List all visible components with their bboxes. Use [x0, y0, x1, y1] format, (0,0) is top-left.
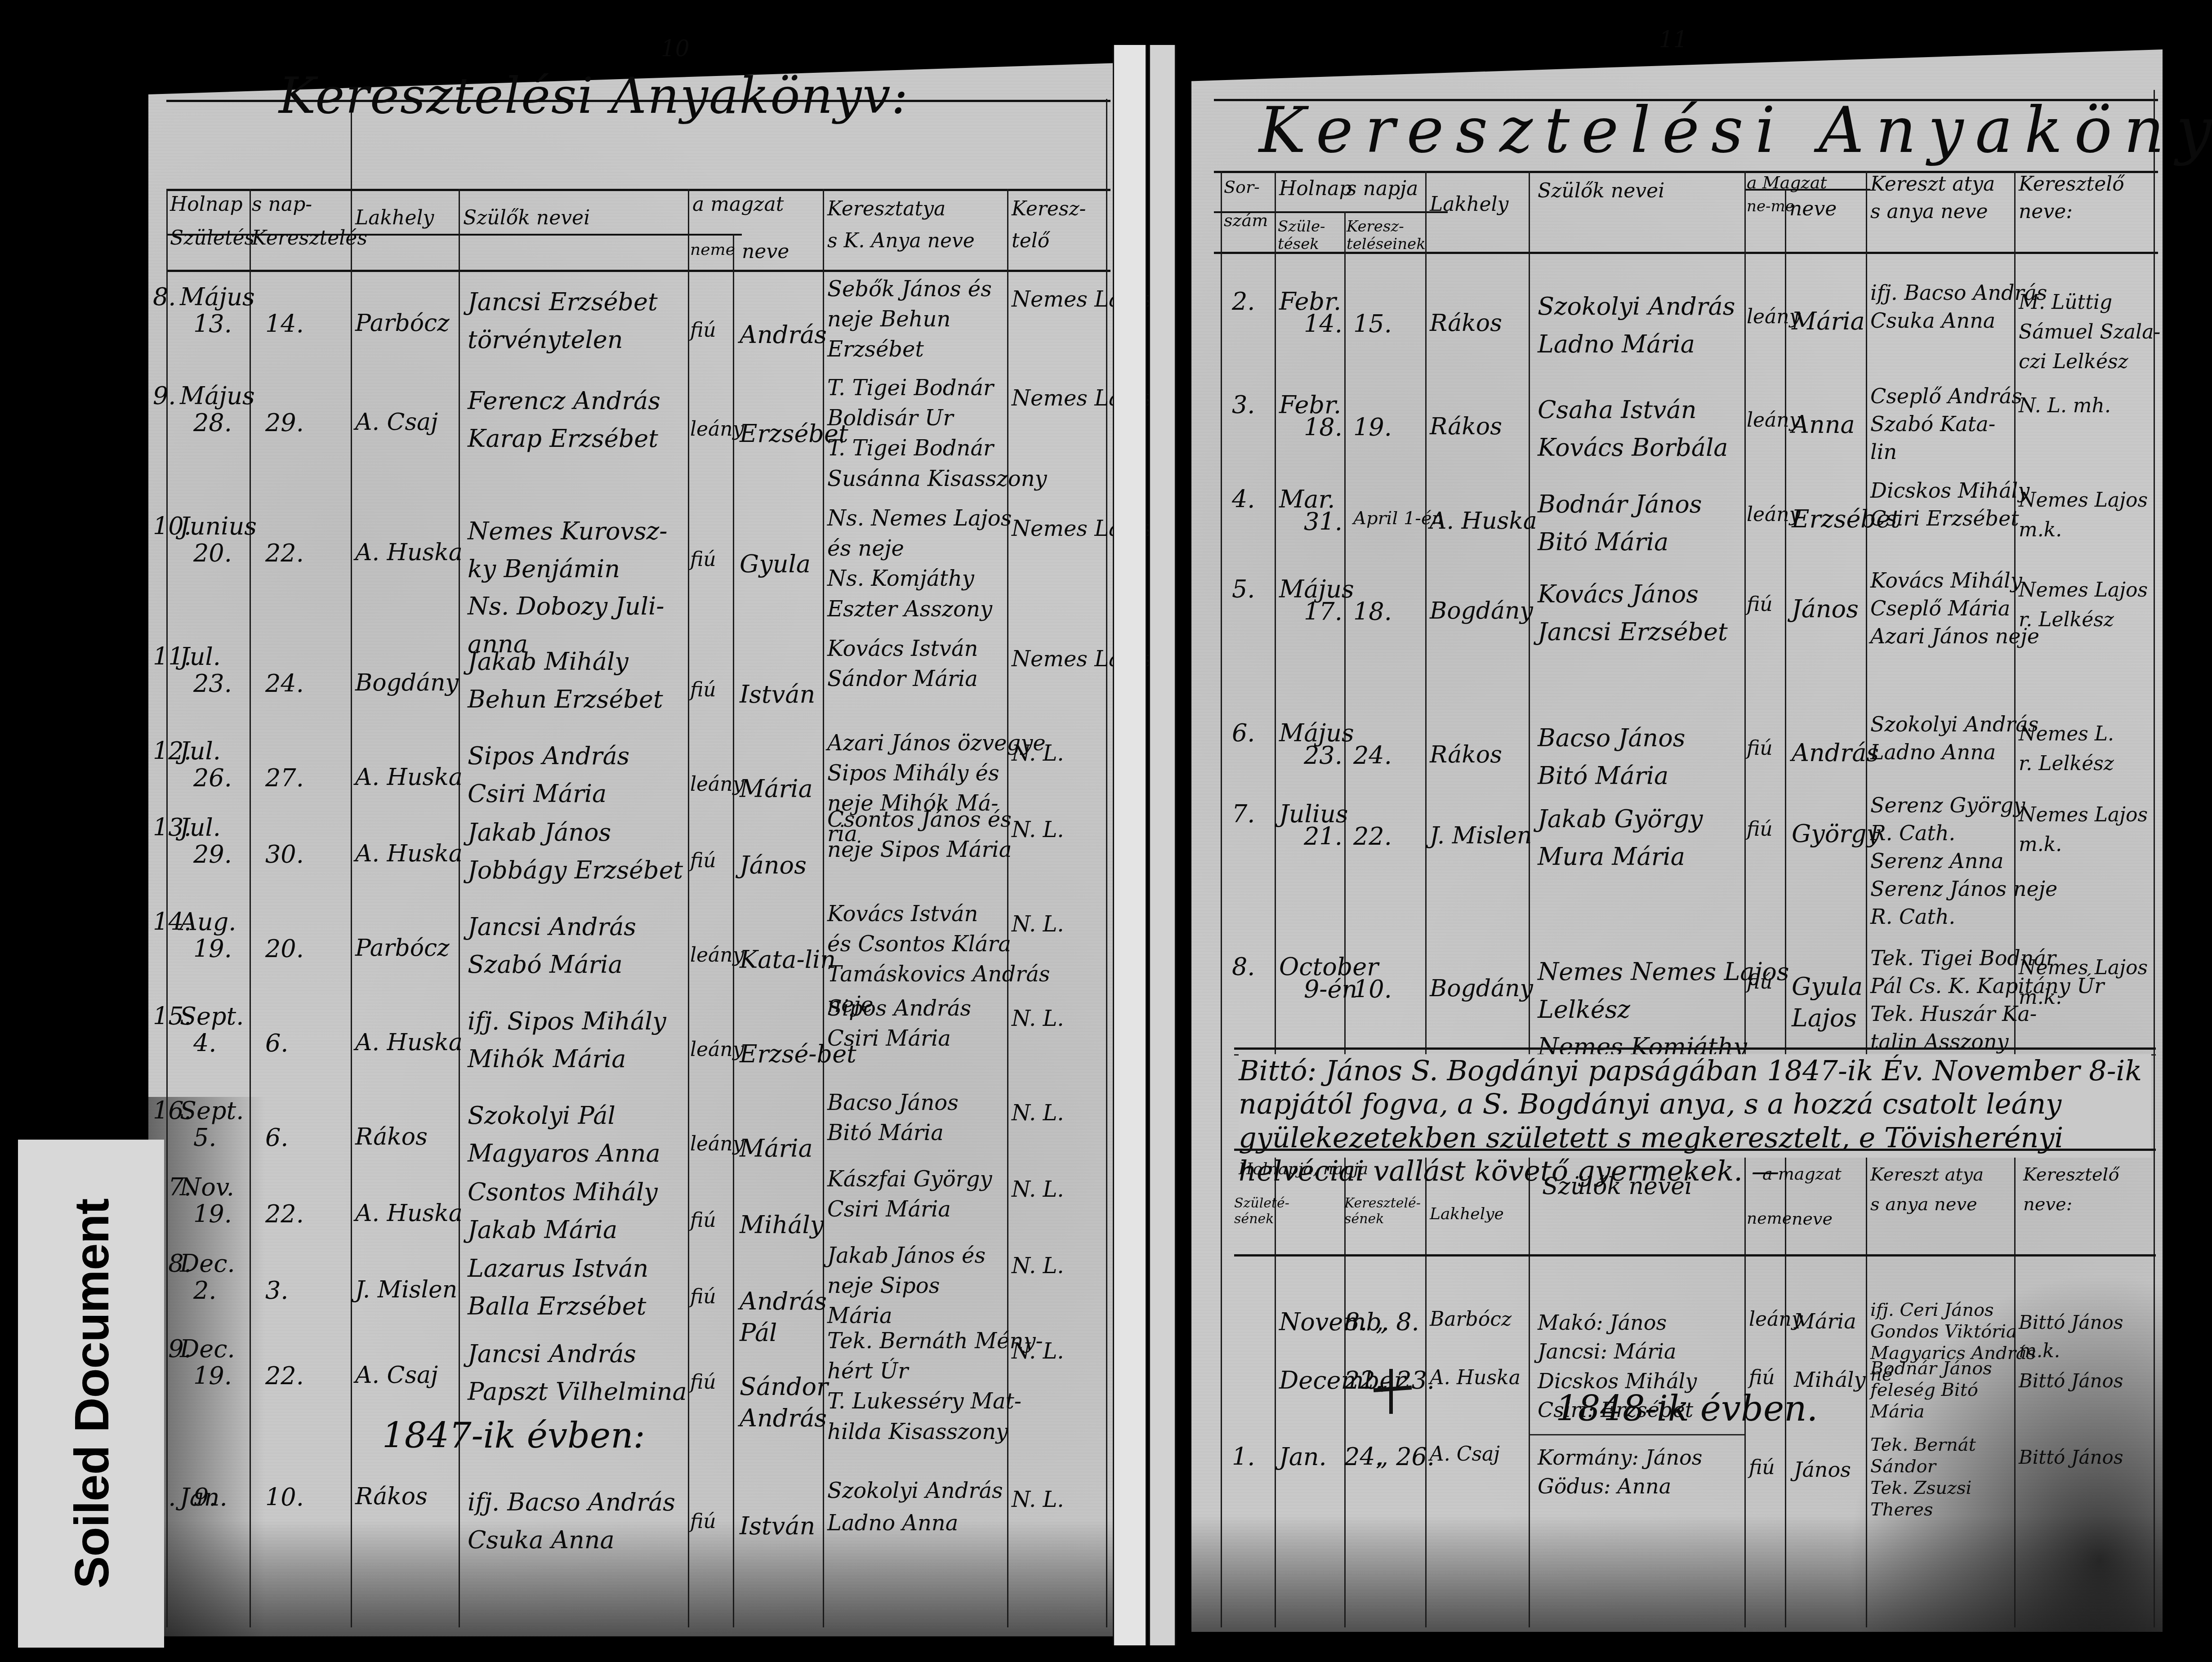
- entry-place: J. Mislen: [1430, 823, 1532, 850]
- entry-child-sex: leány: [690, 944, 744, 967]
- entry-place: A. Csaj: [1430, 1443, 1500, 1466]
- entry-godparents: Jakab János ésneje SiposMária: [827, 1241, 986, 1332]
- entry-month: Jul.: [180, 814, 221, 842]
- entry-number: 9.: [153, 382, 176, 410]
- entry-place: Rákos: [1430, 414, 1502, 441]
- header-officiant-2: Keresztelőneve:: [2023, 1164, 2119, 1215]
- entry-place: Parbócz: [355, 935, 450, 962]
- header-officiant: Keresz-telő: [1012, 198, 1086, 252]
- entry-baptism-day: 14.: [265, 310, 304, 338]
- entry-month: Dec.: [180, 1250, 235, 1278]
- entry-officiant: Nemes Lajosm.k.: [2019, 486, 2148, 545]
- header-place: Lakhely: [1430, 193, 1508, 216]
- entry-birth-day: 31.: [1304, 508, 1342, 536]
- entry-child-sex: fiú: [690, 548, 716, 571]
- entry-parents: Jakab JánosJobbágy Erzsébet: [468, 814, 683, 889]
- entry-baptism-day: 22.: [1353, 823, 1392, 851]
- column-rule: [351, 99, 352, 1627]
- header-date-baptism-2: Keresztelé-sének: [1344, 1196, 1421, 1227]
- entry-child-sex: leány: [690, 1038, 744, 1061]
- entry-child-sex: leány: [690, 773, 744, 796]
- entry-officiant: Nemes Lajosm.k.: [2019, 953, 2148, 1012]
- column-rule: [1866, 171, 1867, 1627]
- entry-child-name: István: [740, 679, 815, 710]
- entry-godparents: Dicskos MihályCsiri Erzsébet: [1870, 477, 2029, 532]
- entry-parents: Jancsi AndrásPapszt Vilhelmina: [468, 1335, 687, 1410]
- entry-birth-day: 2.: [193, 1277, 217, 1305]
- entry-baptism-day: 20.: [265, 935, 304, 963]
- entry-number: 8.: [1232, 953, 1255, 981]
- entry-birth-day: 19.: [193, 935, 232, 963]
- entry-place: A. Huska: [355, 539, 463, 566]
- entry-child-sex: fiú: [690, 1511, 716, 1533]
- header-godparents: Keresztatyas K. Anya neve: [827, 198, 975, 252]
- entry-godparents: Kovács IstvánSándor Mária: [827, 634, 978, 694]
- entry-parents: Sipos AndrásCsiri Mária: [468, 737, 629, 812]
- entry-baptism-day: 22.: [265, 1200, 304, 1228]
- entry-officiant: Bittó Jánosm.k.: [2019, 1308, 2123, 1365]
- header-place-2: Lakhelye: [1430, 1205, 1504, 1223]
- entry-baptism-day: 3.: [265, 1277, 289, 1305]
- entry-month: Nov.: [180, 1173, 234, 1201]
- header-godparents: Kereszt atyas anya neve: [1870, 173, 1995, 223]
- header-date-baptism: s nap-Keresztelés: [252, 193, 367, 250]
- entry-baptism-day: 24.: [1353, 742, 1392, 770]
- soiled-document-text: Soiled Document: [63, 1199, 119, 1588]
- column-rule: [1425, 171, 1427, 1627]
- entry-month: Május: [180, 382, 255, 410]
- entry-baptism-day: 22.: [265, 539, 304, 567]
- entry-parents: Bodnár JánosBitó Mária: [1538, 486, 1702, 561]
- entry-godparents: Bodnár Jánosfeleség BitóMária: [1870, 1358, 1992, 1422]
- entry-child-name: János: [740, 850, 807, 881]
- entry-month: Sept.: [180, 1097, 244, 1125]
- entry-child-name: János: [1792, 593, 1859, 625]
- entry-parents: ifj. Bacso AndrásCsuka Anna: [468, 1484, 675, 1559]
- header-date-baptism: s napja: [1347, 178, 1418, 201]
- entry-godparents: Sebők János ésneje BehunErzsébet: [827, 274, 992, 365]
- entry-place: A. Huska: [355, 1029, 463, 1056]
- entry-officiant: N. L.: [1012, 1484, 1064, 1516]
- header-bottom-rule: [166, 270, 1110, 272]
- entry-parents: ifj. Sipos MihályMihók Mária: [468, 1003, 666, 1078]
- entry-parents: Jakab GyörgyMura Mária: [1538, 800, 1703, 875]
- entry-parents: Makó: JánosJancsi: Mária: [1538, 1308, 1676, 1366]
- entry-godparents: Csontos János ésneje Sipos Mária: [827, 805, 1012, 865]
- column-rule: [1344, 211, 1346, 1627]
- entry-place: J. Mislen: [355, 1277, 457, 1304]
- entry-child-name: AndrásPál: [740, 1286, 827, 1349]
- entry-birth-day: 21.: [1304, 823, 1342, 851]
- section-rule: [1529, 1434, 1744, 1435]
- entry-child-name: Gyula: [740, 548, 811, 580]
- column-rule: [1275, 171, 1276, 1627]
- entry-child-sex: fiú: [1747, 593, 1773, 616]
- entry-birth-day: 28.: [193, 409, 232, 437]
- header-child-name: neve: [1789, 198, 1837, 221]
- entry-birth-day: 17.: [1304, 598, 1342, 626]
- entry-birth-day: 19.: [193, 1362, 232, 1390]
- entry-month: Sept.: [180, 1003, 244, 1030]
- header-date-birth-2: Holnapja, napja: [1239, 1160, 1368, 1178]
- entry-place: Rákos: [355, 1484, 428, 1511]
- entry-child-name: Mária: [740, 773, 813, 805]
- header-child-group-2: a magzat: [1762, 1164, 1842, 1184]
- entry-month: Május: [180, 283, 255, 311]
- page-number: 10: [661, 36, 690, 62]
- entry-baptism-day: 10.: [1353, 976, 1392, 1003]
- soil-stain: [1191, 1515, 2163, 1632]
- entry-parents: Kovács JánosJancsi Erzsébet: [1538, 575, 1728, 651]
- entry-child-sex: leány: [690, 418, 744, 441]
- entry-godparents: Tek. BernátSándorTek. ZsuzsiTheres: [1870, 1434, 1976, 1520]
- entry-month: Jan.: [1279, 1443, 1327, 1471]
- header-child-sex: neme: [690, 241, 735, 259]
- header-top-rule: [1214, 171, 2158, 173]
- page-title: Keresztelési Anyakönyv:: [279, 67, 909, 125]
- header-godparents-2: Kereszt atyas anya neve: [1870, 1164, 1984, 1215]
- entry-birth-day: 9.: [193, 1484, 217, 1511]
- entry-birth-day: 13.: [193, 310, 232, 338]
- entry-godparents: Kászfai GyörgyCsiri Mária: [827, 1164, 992, 1225]
- entry-child-sex: fiú: [1749, 1457, 1775, 1479]
- entry-birth-day: 23.: [193, 670, 232, 698]
- spine-strip: [1113, 45, 1147, 1645]
- entry-birth-day: 4.: [193, 1029, 217, 1057]
- header-child-name-2: neve: [1792, 1209, 1833, 1229]
- entry-number: 8.: [153, 283, 176, 311]
- header-place: Lakhely: [355, 207, 434, 230]
- entry-parents: Csontos MihályJakab Mária: [468, 1173, 658, 1248]
- entry-baptism-day: „ 26.: [1376, 1443, 1435, 1471]
- entry-month: Dec.: [180, 1335, 235, 1363]
- entry-birth-day: 26.: [193, 764, 232, 792]
- entry-child-name: Mária: [1794, 1308, 1856, 1335]
- entry-officiant: N. L.: [1012, 737, 1064, 770]
- entry-child-name: SándorAndrás: [740, 1371, 828, 1434]
- entry-godparents: Bacso JánosBitó Mária: [827, 1088, 959, 1148]
- entry-parents: Bacso JánosBitó Mária: [1538, 719, 1685, 794]
- entry-place: A. Huska: [355, 764, 463, 791]
- entry-child-name: János: [1794, 1457, 1851, 1484]
- entry-officiant: N. L.: [1012, 1335, 1064, 1368]
- entry-parents: Csaha IstvánKovács Borbála: [1538, 391, 1728, 466]
- page-title: Keresztelési Anyakönyv:: [1259, 94, 2212, 167]
- entry-place: A. Huska: [355, 841, 463, 868]
- page-edge-rule: [1106, 99, 1107, 1627]
- entry-parents: Jancsi AndrásSzabó Mária: [468, 908, 636, 983]
- entry-child-name: GyulaLajos: [1792, 971, 1863, 1034]
- header-date-birth-2-sub: Születé-sének: [1234, 1196, 1289, 1227]
- entry-child-name: Mária: [740, 1133, 813, 1164]
- entry-number: 7.: [1232, 800, 1255, 828]
- header-officiant: Keresztelőneve:: [2019, 173, 2124, 223]
- entry-baptism-day: 22.: [265, 1362, 304, 1390]
- entry-number: 2.: [1232, 288, 1255, 316]
- entry-child-sex: fiú: [1747, 971, 1773, 994]
- entry-place: A. Huska: [1430, 508, 1537, 535]
- entry-birth-day: 19.: [193, 1200, 232, 1228]
- header-parents: Szülők nevei: [1538, 180, 1664, 203]
- header-child-sex-2: neme: [1747, 1209, 1792, 1228]
- entry-baptism-day: 19.: [1353, 414, 1392, 441]
- entry-godparents: Szokolyi AndrásLadno Anna: [827, 1475, 1003, 1539]
- entry-child-name: András: [740, 319, 827, 351]
- year-heading: 1847-ik évben:: [382, 1416, 645, 1457]
- header-child-group: a Magzat: [1747, 173, 1827, 193]
- entry-child-sex: fiú: [690, 679, 716, 702]
- entry-child-name: István: [740, 1511, 815, 1542]
- column-rule: [459, 189, 460, 1627]
- entry-parents: Szokolyi AndrásLadno Mária: [1538, 288, 1735, 363]
- year-heading: 1848-ik évben.: [1556, 1389, 1818, 1430]
- cross-mark: [1389, 1369, 1393, 1414]
- header-child-name: neve: [742, 241, 789, 263]
- column-rule: [688, 189, 689, 1627]
- entry-child-sex: fiú: [1747, 818, 1773, 841]
- entry-place: Rákos: [1430, 310, 1502, 337]
- page-number: 11: [1659, 27, 1688, 53]
- entry-baptism-day: 18.: [1353, 598, 1392, 626]
- entry-place: A. Csaj: [355, 1362, 438, 1389]
- register-note: Bittó: János S. Bogdányi papságában 1847…: [1239, 1054, 2151, 1158]
- entry-month: Jul.: [180, 737, 221, 765]
- entry-child-sex: fiú: [690, 1286, 716, 1309]
- entry-baptism-day: 15.: [1353, 310, 1392, 338]
- entry-godparents: Tek. Bernáth Mény-hért ÚrT. Lukesséry Ma…: [827, 1326, 1043, 1447]
- entry-birth-day: 29.: [193, 841, 232, 869]
- header-date-baptism-sub: Keresz-teléseinek: [1347, 218, 1426, 253]
- entry-child-sex: fiú: [1749, 1367, 1775, 1390]
- entry-baptism-day: 27.: [265, 764, 304, 792]
- entry-baptism-day: „ 8.: [1376, 1308, 1419, 1336]
- entry-officiant: N. L. mh.: [2019, 391, 2111, 421]
- entry-godparents: Sipos AndrásCsiri Mária: [827, 994, 971, 1054]
- entry-place: Bogdány: [1430, 976, 1533, 1003]
- entry-child-name: Anna: [1792, 409, 1855, 441]
- header-date-birth-sub: Szüle-tések: [1278, 218, 1325, 253]
- entry-month: Jul.: [180, 643, 221, 671]
- spine-strip: [1149, 45, 1176, 1645]
- entry-birth-day: 23.: [1304, 742, 1342, 770]
- entry-child-sex: leány: [690, 1133, 744, 1156]
- header-number: Sor-szám: [1224, 178, 1268, 230]
- entry-officiant: Nemes Lajosm.k.: [2019, 800, 2148, 860]
- entry-birth-day: 14.: [1304, 310, 1342, 338]
- entry-place: Bogdány: [1430, 598, 1533, 625]
- entry-place: A. Csaj: [355, 409, 438, 436]
- entry-number: 1.: [1232, 1443, 1255, 1471]
- entry-place: A. Huska: [355, 1200, 463, 1227]
- entry-godparents: Cseplő AndrásSzabó Kata-lin: [1870, 382, 2022, 466]
- entry-number: 6.: [1232, 719, 1255, 747]
- entry-month: Novemb.: [1279, 1308, 1389, 1336]
- entry-child-sex: fiú: [690, 1209, 716, 1232]
- entry-number: 3.: [1232, 391, 1255, 419]
- entry-birth-day: 8.: [1344, 1308, 1368, 1336]
- entry-parents: Kormány: JánosGödus: Anna: [1538, 1443, 1702, 1501]
- entry-parents: Nemes Kurovsz-ky BenjáminNs. Dobozy Juli…: [468, 512, 667, 663]
- entry-officiant: N. L.: [1012, 1173, 1064, 1206]
- entry-baptism-day: 6.: [265, 1124, 289, 1152]
- header-date-birth: Holnap: [1279, 178, 1352, 201]
- entry-officiant: Nemes Lajosr. Lelkész: [2019, 575, 2148, 635]
- entry-officiant: M. LüttigSámuel Szala-czi Lelkész: [2019, 288, 2160, 377]
- entry-child-sex: fiú: [690, 1371, 716, 1394]
- entry-parents: Jakab MihályBehun Erzsébet: [468, 643, 663, 718]
- section-rule: [1234, 1149, 2156, 1151]
- entry-place: Barbócz: [1430, 1308, 1512, 1331]
- entry-place: Bogdány: [355, 670, 459, 697]
- entry-officiant: N. L.: [1012, 1250, 1064, 1282]
- entry-baptism-day: 10.: [265, 1484, 304, 1511]
- header-date-birth: HolnapSzületés: [170, 193, 254, 250]
- entry-number: 4.: [1232, 486, 1255, 513]
- soiled-document-label: Soiled Document: [18, 1140, 164, 1648]
- entry-baptism-day: 24.: [265, 670, 304, 698]
- entry-parents: Lazarus IstvánBalla Erzsébet: [468, 1250, 648, 1325]
- entry-place: A. Huska: [1430, 1367, 1521, 1390]
- header-parents: Szülők nevei: [463, 207, 590, 230]
- entry-officiant: Bittó János: [2019, 1367, 2123, 1395]
- header-top-rule: [166, 189, 1110, 191]
- entry-parents: Jancsi Erzsébettörvénytelen: [468, 283, 658, 358]
- entry-officiant: N. L.: [1012, 814, 1064, 846]
- column-rule: [733, 234, 734, 1627]
- entry-officiant: N. L.: [1012, 1097, 1064, 1129]
- entry-child-sex: fiú: [690, 319, 716, 342]
- entry-birth-day: 9-én: [1304, 976, 1357, 1003]
- entry-godparents: Szokolyi AndrásLadno Anna: [1870, 710, 2038, 766]
- entry-place: Rákos: [1430, 742, 1502, 769]
- entry-child-name: András: [1792, 737, 1879, 769]
- column-rule: [1529, 171, 1530, 1627]
- entry-child-sex: fiú: [690, 850, 716, 873]
- entry-godparents: Ns. Nemes Lajosés nejeNs. KomjáthyEszter…: [827, 504, 1012, 624]
- entry-officiant: Bittó János: [2019, 1443, 2123, 1471]
- entry-child-name: Kata-lin: [740, 944, 836, 976]
- entry-month: Aug.: [180, 908, 236, 936]
- entry-child-sex: fiú: [1747, 737, 1773, 760]
- entry-birth-day: 5.: [193, 1124, 217, 1152]
- header-child-sex: ne-me: [1747, 198, 1794, 215]
- entry-baptism-day: 30.: [265, 841, 304, 869]
- entry-birth-day: 18.: [1304, 414, 1342, 441]
- column-rule: [1221, 171, 1222, 1627]
- entry-godparents: Kovács MihályCseplő MáriaAzari János nej…: [1870, 566, 2039, 650]
- section-rule: [1234, 1047, 2156, 1050]
- entry-officiant: Nemes L.r. Lelkész: [2019, 719, 2114, 779]
- entry-place: Rákos: [355, 1124, 428, 1151]
- entry-officiant: N. L.: [1012, 908, 1064, 940]
- entry-birth-day: 20.: [193, 539, 232, 567]
- header-bottom-rule: [1234, 1254, 2156, 1257]
- entry-place: Parbócz: [355, 310, 450, 337]
- entry-baptism-day: 6.: [265, 1029, 289, 1057]
- entry-child-name: Mihály: [740, 1209, 824, 1241]
- entry-child-name: Mária: [1792, 306, 1865, 337]
- entry-parents: Szokolyi PálMagyaros Anna: [468, 1097, 660, 1172]
- header-child-group: a magzat: [692, 193, 784, 216]
- entry-child-name: György: [1792, 818, 1880, 850]
- entry-officiant: N. L.: [1012, 1003, 1064, 1035]
- entry-month: Junius: [180, 512, 257, 540]
- entry-parents: Ferencz AndrásKarap Erzsébet: [468, 382, 660, 457]
- entry-baptism-day: 29.: [265, 409, 304, 437]
- header-parents-2: Szülők nevei: [1542, 1173, 1692, 1200]
- entry-number: 5.: [1232, 575, 1255, 603]
